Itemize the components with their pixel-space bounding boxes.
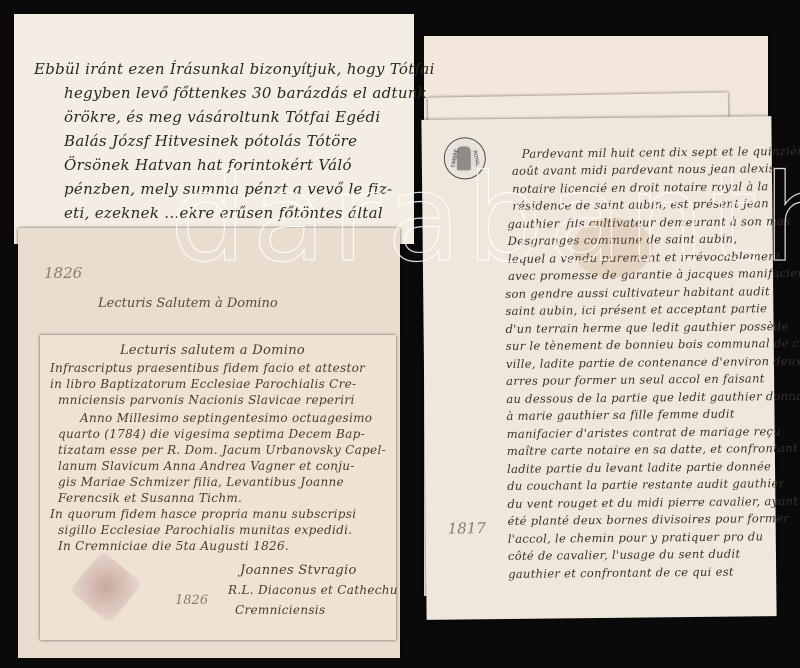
- act-line: gauthier et confrontant de ce qui est: [508, 565, 734, 581]
- act-line: à marie gauthier sa fille femme dudit: [506, 407, 734, 423]
- act-line: été planté deux bornes divisoires pour f…: [508, 511, 789, 528]
- cover-heading: Lecturis Salutem à Domino: [98, 296, 278, 311]
- letter-line: Ebbül iránt ezen Írásunkal bizonyítjuk, …: [34, 60, 435, 78]
- certificate-line: gis Mariae Schmizer filia, Levantibus Jo…: [58, 475, 344, 489]
- act-line: au dessous de la partie que ledit gauthi…: [506, 389, 800, 406]
- act-line: saint aubin, ici présent et acceptant pa…: [505, 301, 767, 318]
- margin-year-note: 1817: [448, 519, 486, 537]
- certificate-line: Infrascriptus praesentibus fidem facio e…: [50, 361, 365, 375]
- act-line: maître carte notaire en sa datte, et con…: [507, 441, 798, 458]
- letter-line: hegyben levő főttenkes 30 barázdás el ad…: [64, 84, 427, 102]
- latin-baptism-certificate: Lecturis salutem a Domino Infrascriptus …: [40, 335, 396, 640]
- certificate-line: quarto (1784) die vigesima septima Decem…: [58, 427, 365, 441]
- act-line: du couchant la partie restante audit gau…: [507, 476, 784, 493]
- letter-line: örökre, és meg vásároltunk Tótfai Egédi: [64, 108, 380, 126]
- act-line: du vent rouget et du midi pierre cavalie…: [507, 494, 798, 511]
- certificate-line: in libro Baptizatorum Ecclesiae Parochia…: [50, 377, 356, 391]
- letter-line: Balás Józsf Hitvesinek pótolás Tótöre: [64, 132, 357, 150]
- act-line: d'un terrain herme que ledit gauthier po…: [506, 319, 789, 336]
- signature-title: R.L. Diaconus et Cathechu: [228, 583, 398, 597]
- signature-name: Joannes Stvragio: [240, 563, 357, 578]
- certificate-line: In quorum fidem hasce propria manu subsc…: [50, 507, 356, 521]
- act-line: arres pour former un seul accol en faisa…: [506, 371, 765, 388]
- act-line: côté de cavalier, l'usage du sent dudit: [508, 547, 741, 563]
- signature-place: Cremniciensis: [235, 603, 325, 617]
- certificate-line: Anno Millesimo septingentesimo octuagesi…: [80, 411, 372, 425]
- certificate-line: mniciensis parvonis Nacionis Slavicae re…: [58, 393, 355, 407]
- act-line: ville, ladite partie de contenance d'env…: [506, 354, 800, 371]
- watermark: darabanth: [170, 150, 800, 289]
- certificate-heading: Lecturis salutem a Domino: [120, 343, 305, 358]
- certificate-year-note: 1826: [175, 593, 208, 608]
- certificate-line: tizatam esse per R. Dom. Jacum Urbanovsk…: [58, 443, 386, 457]
- act-line: sur le tènement de bonnieu bois communal…: [506, 336, 800, 353]
- act-line: ladite partie du levant ladite partie do…: [507, 459, 771, 476]
- wax-seal-icon: [69, 550, 142, 623]
- act-line: l'accol, le chemin pour y pratiquer pro …: [508, 529, 764, 546]
- certificate-line: lanum Slavicum Anna Andrea Vagner et con…: [58, 459, 355, 473]
- certificate-line: Ferencsik et Susanna Tichm.: [58, 491, 242, 505]
- certificate-line: In Cremniciae die 5ta Augusti 1826.: [58, 539, 289, 553]
- year-note: 1826: [44, 264, 82, 282]
- certificate-line: sigillo Ecclesiae Parochialis munitas ex…: [58, 523, 352, 537]
- act-line: manifacier d'aristes contrat de mariage …: [507, 424, 781, 441]
